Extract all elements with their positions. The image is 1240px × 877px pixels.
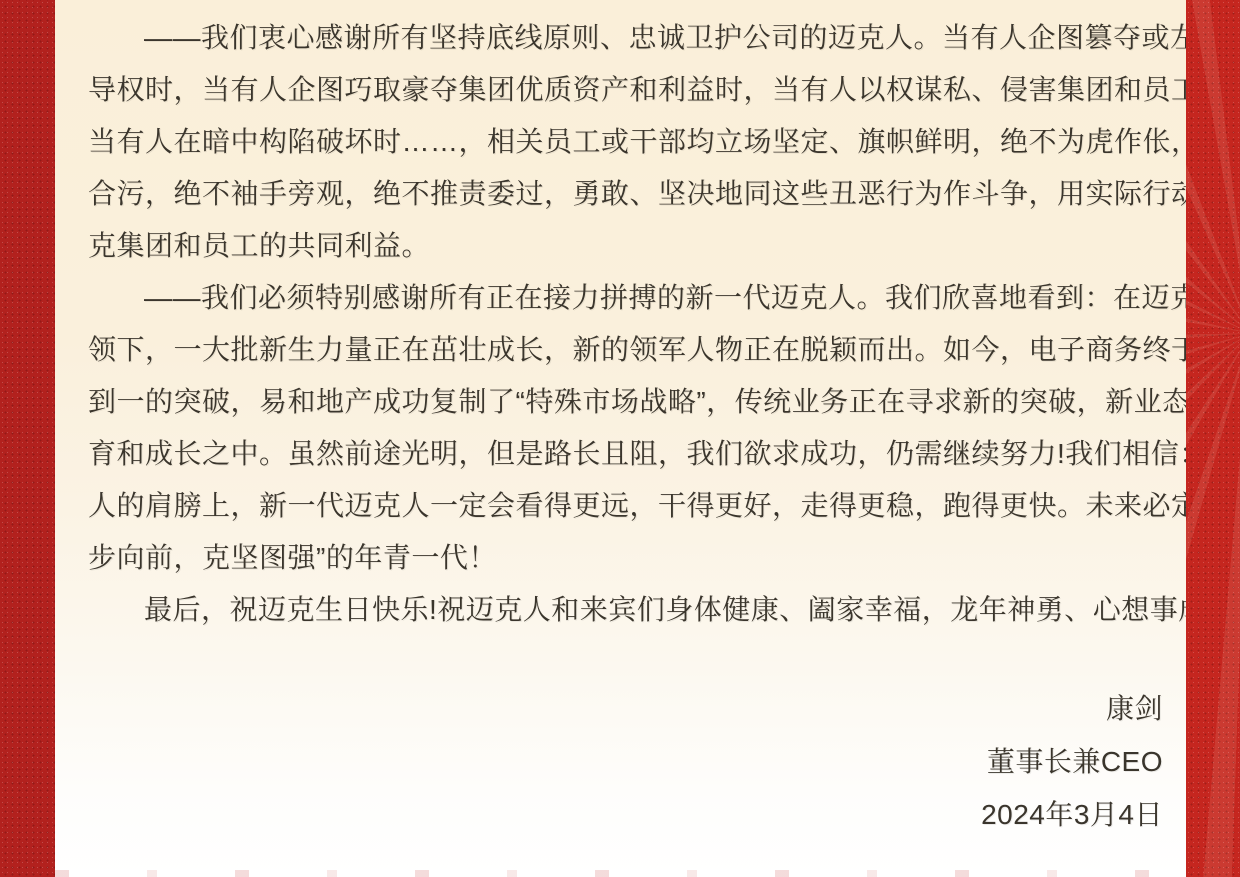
letter-line: 合污，绝不袖手旁观，绝不推责委过，勇敢、坚决地同这些丑恶行为作斗争，用实际行动捍… [88, 168, 1163, 220]
letter-line: 导权时，当有人企图巧取豪夺集团优质资产和利益时，当有人以权谋私、侵害集团和员工权… [88, 64, 1163, 116]
letter-line: ——我们必须特别感谢所有正在接力拼搏的新一代迈克人。我们欣喜地看到：在迈克精神的… [88, 272, 1163, 324]
right-red-border [1186, 0, 1240, 877]
signature-name: 康剑 [88, 682, 1163, 735]
letter-line: 当有人在暗中构陷破坏时……，相关员工或干部均立场坚定、旗帜鲜明，绝不为虎作伥，绝… [88, 116, 1163, 168]
letter-line: ——我们衷心感谢所有坚持底线原则、忠诚卫护公司的迈克人。当有人企图篡夺或左右集团… [88, 12, 1163, 64]
signature-date: 2024年3月4日 [88, 788, 1163, 841]
letter-line: 到一的突破，易和地产成功复制了“特殊市场战略”，传统业务正在寻求新的突破，新业态… [88, 376, 1163, 428]
letter-line: 克集团和员工的共同利益。 [88, 220, 1163, 272]
signature-block: 康剑 董事长兼CEO 2024年3月4日 [88, 682, 1163, 841]
left-red-border [0, 0, 55, 877]
letter-text: ——我们衷心感谢所有坚持底线原则、忠诚卫护公司的迈克人。当有人企图篡夺或左右集团… [88, 12, 1163, 841]
bottom-decorative-fringe [55, 870, 1186, 877]
letter-page: ——我们衷心感谢所有坚持底线原则、忠诚卫护公司的迈克人。当有人企图篡夺或左右集团… [0, 0, 1240, 877]
letter-line: 领下，一大批新生力量正在茁壮成长，新的领军人物正在脱颖而出。如今，电子商务终于实… [88, 324, 1163, 376]
signature-title: 董事长兼CEO [88, 735, 1163, 788]
letter-line: 步向前，克坚图强”的年青一代！ [88, 532, 1163, 584]
firework-pattern [1186, 0, 1240, 877]
letter-line: 育和成长之中。虽然前途光明，但是路长且阻，我们欲求成功，仍需继续努力!我们相信：… [88, 428, 1163, 480]
letter-line: 最后，祝迈克生日快乐!祝迈克人和来宾们身体健康、阖家幸福，龙年神勇、心想事成！ [88, 584, 1163, 636]
letter-line: 人的肩膀上，新一代迈克人一定会看得更远，干得更好，走得更稳，跑得更快。未来必定属… [88, 480, 1163, 532]
